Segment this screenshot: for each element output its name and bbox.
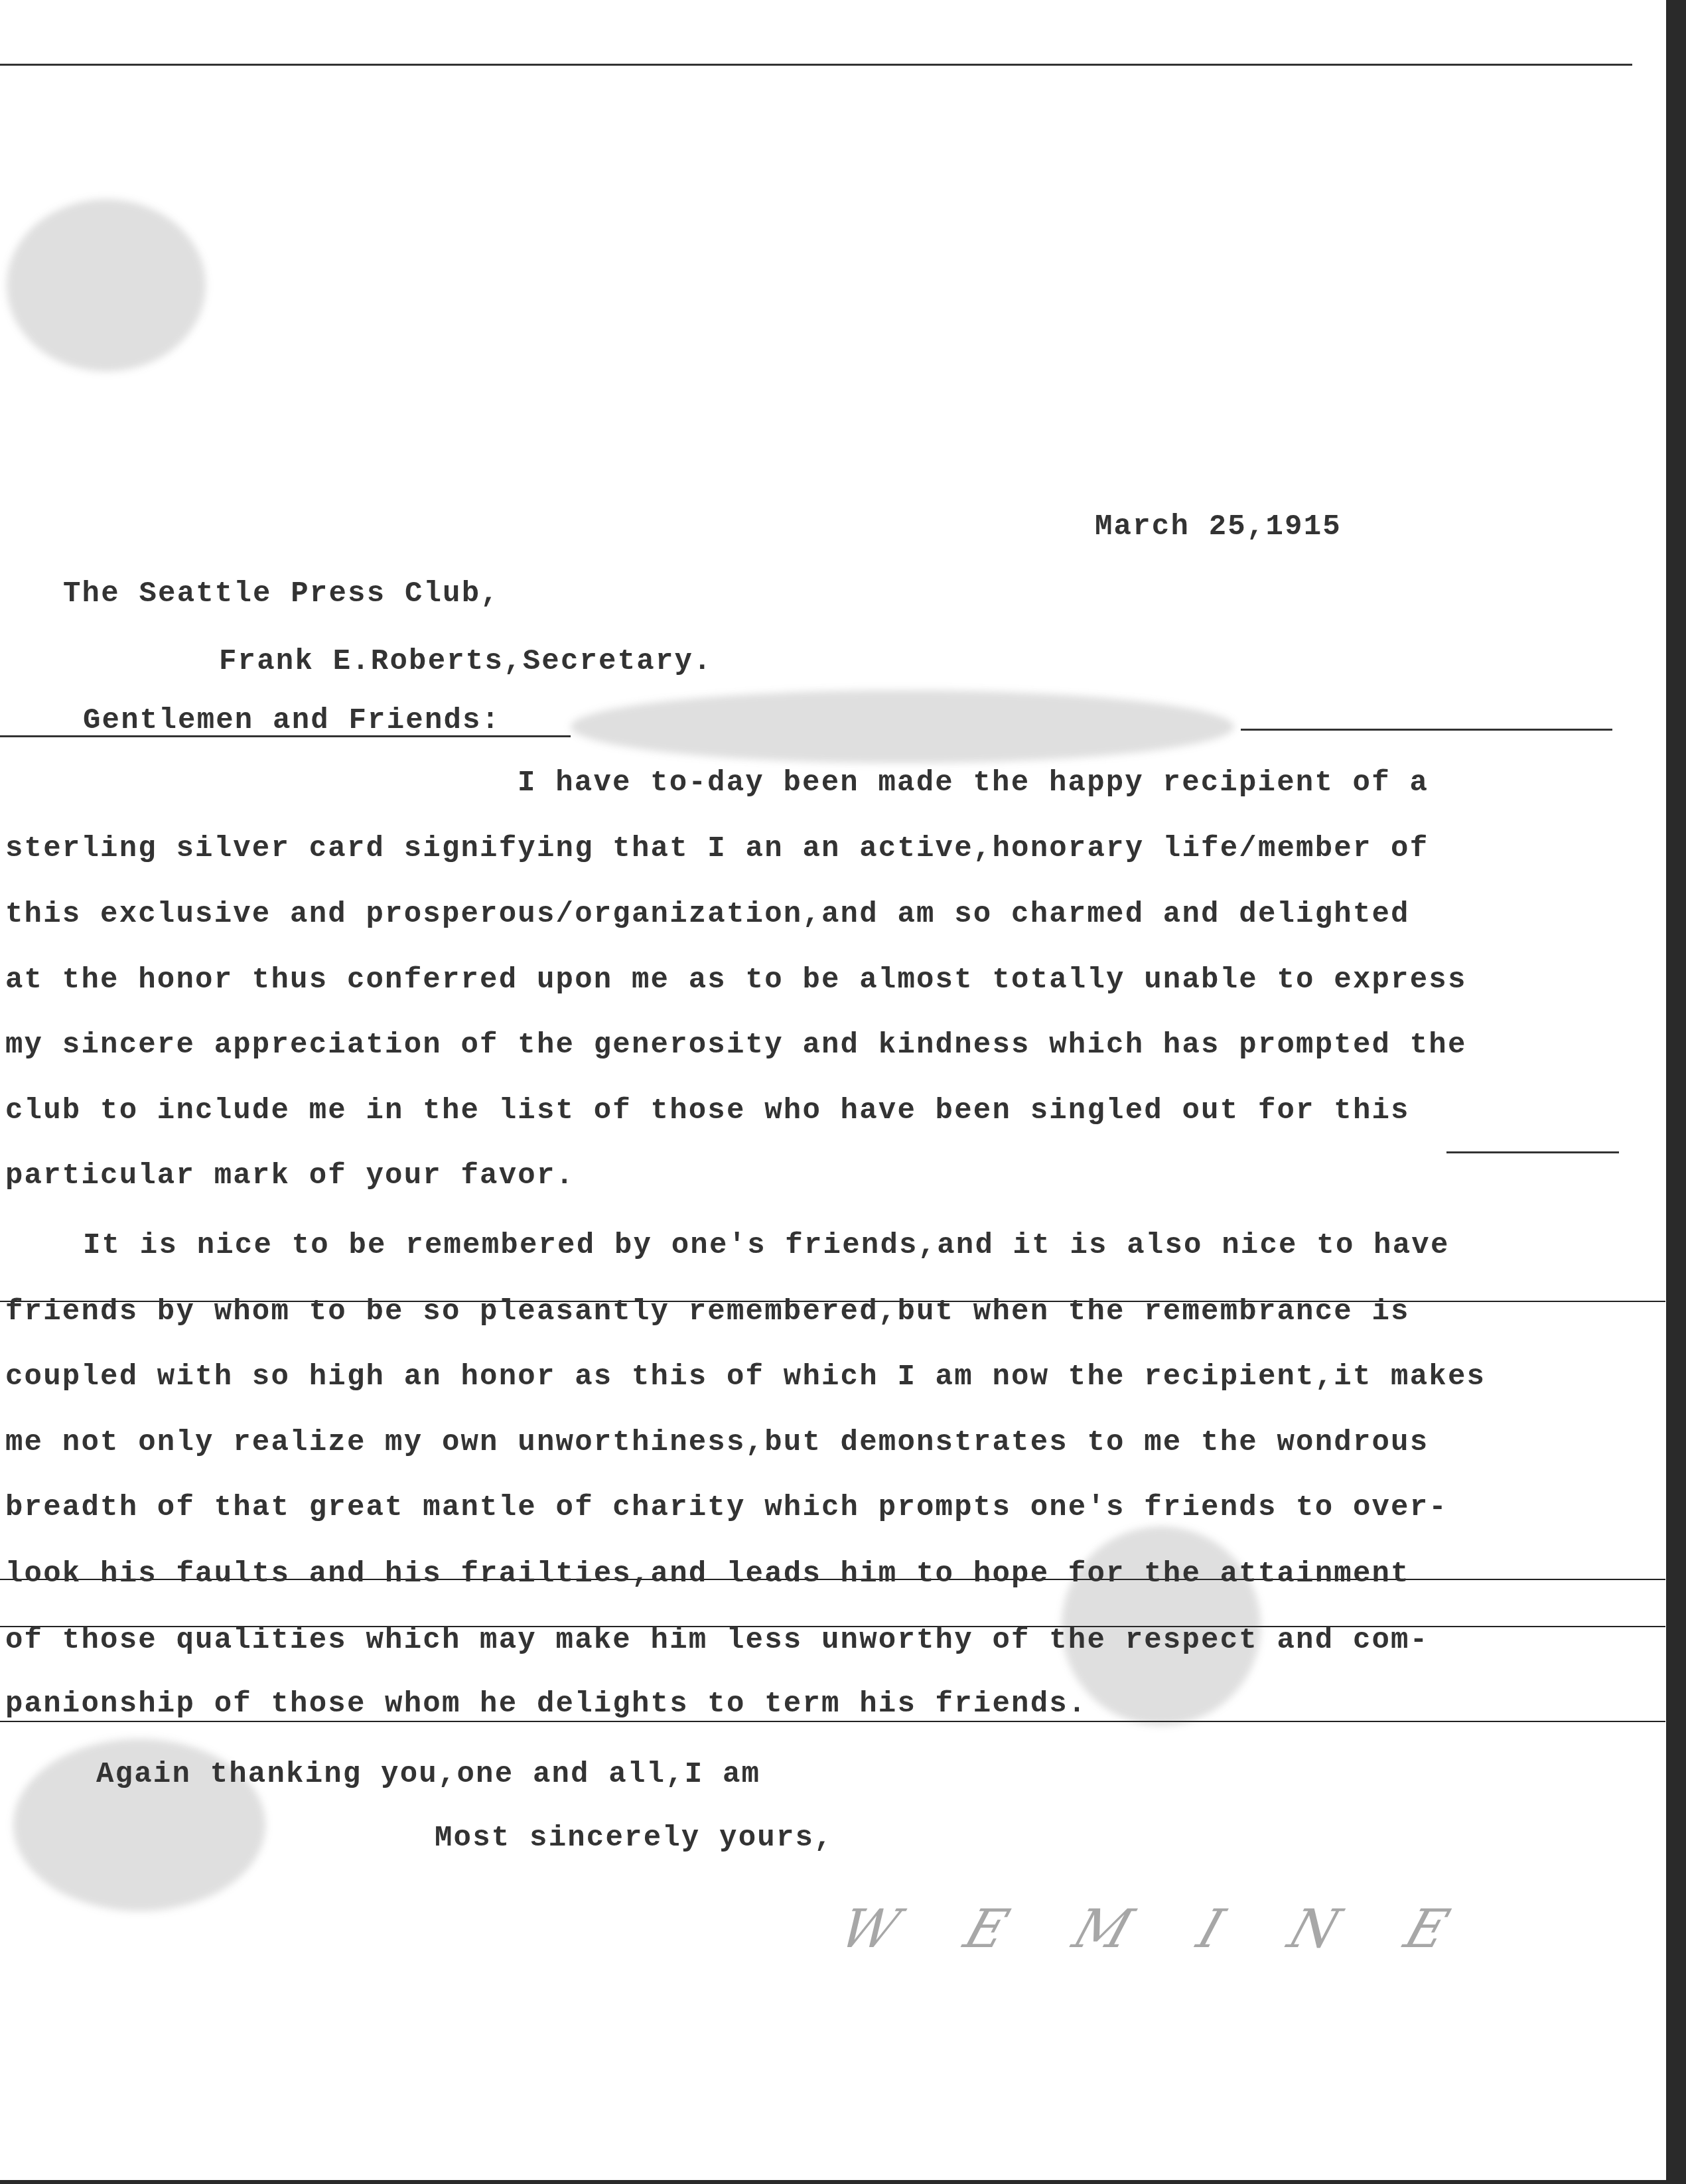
body-line: panionship of those whom he delights to … (5, 1690, 1087, 1719)
fold-line-salutation-right (1241, 729, 1612, 731)
recipient-attention: Frank E.Roberts,Secretary. (219, 647, 713, 676)
body-line: my sincere appreciation of the generosit… (5, 1031, 1467, 1060)
fold-line-top (0, 64, 1632, 66)
letter-date: March 25,1915 (1095, 512, 1342, 542)
scanner-edge-right (1666, 0, 1686, 2184)
scanner-edge-bottom (0, 2180, 1686, 2184)
fold-line-mid-right (1446, 1151, 1619, 1153)
body-line: I have to-day been made the happy recipi… (518, 768, 1429, 798)
body-line: sterling silver card signifying that I a… (5, 834, 1429, 863)
scan-line-4 (0, 1721, 1665, 1722)
body-line: at the honor thus conferred upon me as t… (5, 966, 1467, 995)
body-line: me not only realize my own unworthiness,… (5, 1428, 1429, 1457)
body-line: of those qualities which may make him le… (5, 1626, 1429, 1655)
letter-page: March 25,1915 The Seattle Press Club, Fr… (0, 0, 1659, 2180)
body-line: club to include me in the list of those … (5, 1096, 1410, 1126)
handwritten-signature: W E M I N E (833, 1898, 1483, 1960)
smudge (571, 690, 1234, 763)
smudge (7, 199, 206, 372)
body-line: It is nice to be remembered by one's fri… (83, 1231, 1450, 1260)
body-line: friends by whom to be so pleasantly reme… (5, 1297, 1410, 1327)
body-line: look his faults and his frailties,and le… (5, 1560, 1410, 1589)
body-line: Again thanking you,one and all,I am (96, 1760, 760, 1789)
salutation: Gentlemen and Friends: (83, 706, 500, 735)
body-line: breadth of that great mantle of charity … (5, 1493, 1448, 1522)
body-line: this exclusive and prosperous/organizati… (5, 900, 1410, 929)
body-line: coupled with so high an honor as this of… (5, 1362, 1486, 1392)
recipient-organization: The Seattle Press Club, (63, 579, 500, 609)
body-line: particular mark of your favor. (5, 1161, 575, 1191)
complimentary-closing: Most sincerely yours, (435, 1824, 833, 1853)
